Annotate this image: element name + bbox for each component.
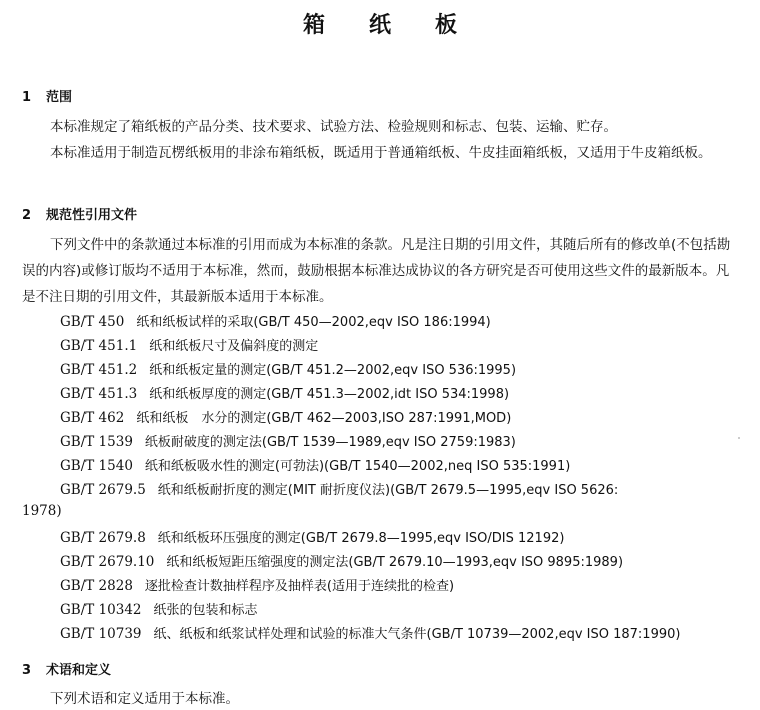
section-number: 2	[22, 208, 46, 223]
section-heading-terms: 3术语和定义	[22, 659, 111, 678]
document-title: 箱纸板	[0, 8, 760, 39]
reference-item: GB/T 1540纸和纸板吸水性的测定(可勃法)(GB/T 1540—2002,…	[60, 455, 570, 474]
references-intro-paragraph: 下列文件中的条款通过本标准的引用而成为本标准的条款。凡是注日期的引用文件，其随后…	[22, 232, 742, 310]
reference-title: 纸和纸板试样的采取(GB/T 450—2002,eqv ISO 186:1994…	[136, 315, 490, 330]
reference-title: 纸、纸板和纸浆试样处理和试验的标准大气条件(GB/T 10739—2002,eq…	[154, 627, 681, 642]
reference-title: 纸和纸板吸水性的测定(可勃法)(GB/T 1540—2002,neq ISO 5…	[145, 459, 570, 474]
terms-intro-paragraph: 下列术语和定义适用于本标准。	[22, 686, 742, 710]
section-number: 3	[22, 663, 46, 678]
reference-item: GB/T 450纸和纸板试样的采取(GB/T 450—2002,eqv ISO …	[60, 311, 491, 330]
reference-item: GB/T 10342纸张的包装和标志	[60, 599, 258, 618]
reference-title: 纸和纸板 水分的测定(GB/T 462—2003,ISO 287:1991,MO…	[136, 411, 511, 426]
reference-code: GB/T 450	[60, 314, 124, 330]
reference-item: GB/T 1539纸板耐破度的测定法(GB/T 1539—1989,eqv IS…	[60, 431, 516, 450]
reference-item: GB/T 2679.5纸和纸板耐折度的测定(MIT 耐折度仪法)(GB/T 26…	[60, 479, 618, 498]
reference-code: GB/T 10739	[60, 626, 142, 642]
reference-continuation: 1978)	[22, 503, 62, 519]
reference-title: 纸板耐破度的测定法(GB/T 1539—1989,eqv ISO 2759:19…	[145, 435, 516, 450]
reference-code: GB/T 2828	[60, 578, 133, 594]
reference-code: GB/T 462	[60, 410, 124, 426]
reference-title: 纸和纸板环压强度的测定(GB/T 2679.8—1995,eqv ISO/DIS…	[158, 531, 565, 546]
reference-item: GB/T 451.2纸和纸板定量的测定(GB/T 451.2—2002,eqv …	[60, 359, 516, 378]
scope-paragraph-1: 本标准规定了箱纸板的产品分类、技术要求、试验方法、检验规则和标志、包装、运输、贮…	[22, 114, 742, 140]
reference-item: GB/T 451.3纸和纸板厚度的测定(GB/T 451.3—2002,idt …	[60, 383, 509, 402]
reference-item: GB/T 10739纸、纸板和纸浆试样处理和试验的标准大气条件(GB/T 107…	[60, 623, 680, 642]
reference-title: 纸和纸板耐折度的测定(MIT 耐折度仪法)(GB/T 2679.5—1995,e…	[158, 483, 618, 498]
reference-title: 逐批检查计数抽样程序及抽样表(适用于连续批的检查)	[145, 579, 454, 594]
section-title: 范围	[46, 90, 72, 105]
reference-title: 纸张的包装和标志	[154, 603, 258, 618]
reference-item: GB/T 2679.8纸和纸板环压强度的测定(GB/T 2679.8—1995,…	[60, 527, 564, 546]
scope-paragraph-2: 本标准适用于制造瓦楞纸板用的非涂布箱纸板，既适用于普通箱纸板、牛皮挂面箱纸板，又…	[22, 140, 742, 166]
reference-code: GB/T 451.1	[60, 338, 137, 354]
reference-code: GB/T 2679.8	[60, 530, 146, 546]
reference-code: GB/T 451.3	[60, 386, 137, 402]
reference-title: 纸和纸板短距压缩强度的测定法(GB/T 2679.10—1993,eqv ISO…	[166, 555, 623, 570]
reference-title: 纸和纸板厚度的测定(GB/T 451.3—2002,idt ISO 534:19…	[149, 387, 509, 402]
section-title: 规范性引用文件	[46, 208, 137, 223]
reference-code: GB/T 451.2	[60, 362, 137, 378]
reference-title: 纸和纸板尺寸及偏斜度的测定	[149, 339, 318, 354]
reference-code: GB/T 1539	[60, 434, 133, 450]
section-number: 1	[22, 90, 46, 105]
reference-code: GB/T 1540	[60, 458, 133, 474]
section-title: 术语和定义	[46, 663, 111, 678]
section-heading-normative-references: 2规范性引用文件	[22, 204, 137, 223]
reference-item: GB/T 451.1纸和纸板尺寸及偏斜度的测定	[60, 335, 318, 354]
reference-code: GB/T 2679.10	[60, 554, 154, 570]
reference-item: GB/T 462纸和纸板 水分的测定(GB/T 462—2003,ISO 287…	[60, 407, 511, 426]
section-heading-scope: 1范围	[22, 86, 72, 105]
reference-code: GB/T 10342	[60, 602, 142, 618]
reference-item: GB/T 2828逐批检查计数抽样程序及抽样表(适用于连续批的检查)	[60, 575, 454, 594]
reference-item: GB/T 2679.10纸和纸板短距压缩强度的测定法(GB/T 2679.10—…	[60, 551, 623, 570]
reference-code: GB/T 2679.5	[60, 482, 146, 498]
reference-title: 纸和纸板定量的测定(GB/T 451.2—2002,eqv ISO 536:19…	[149, 363, 516, 378]
scan-speck	[738, 437, 740, 439]
